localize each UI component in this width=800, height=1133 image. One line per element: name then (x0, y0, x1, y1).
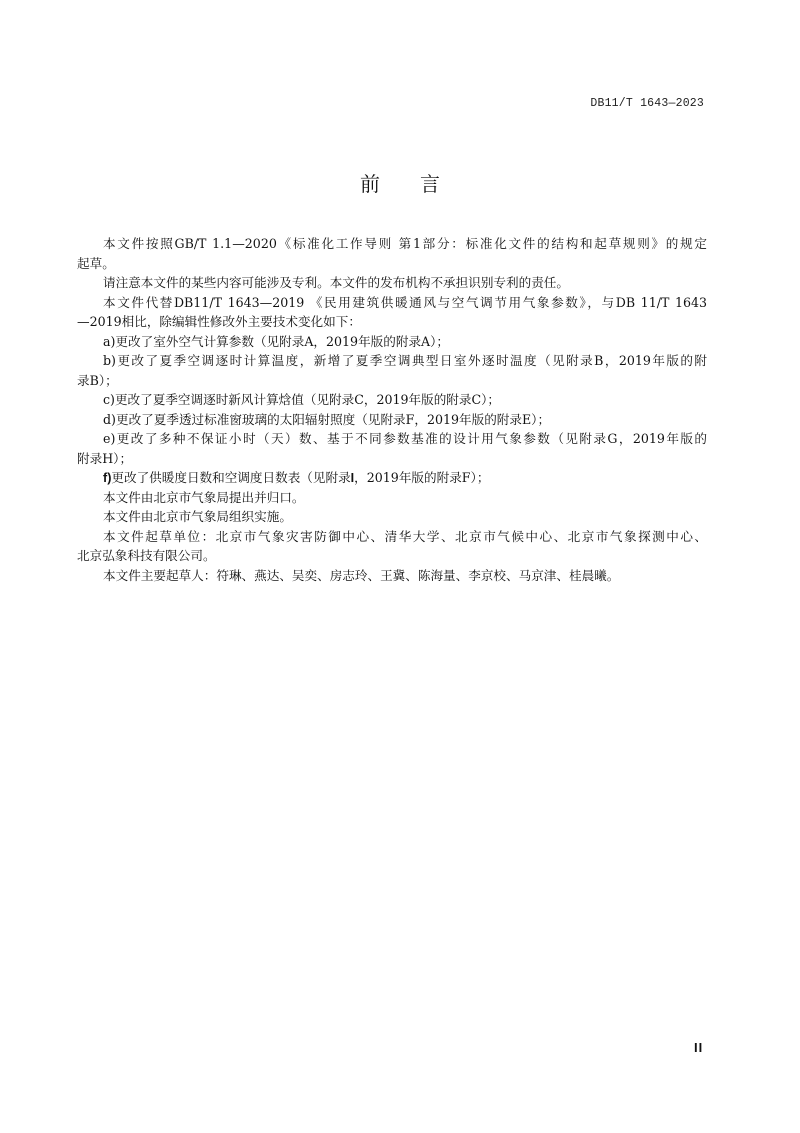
change-item-f-text-end: ，2019年版的附录F）； (354, 470, 489, 485)
paragraph-patent-notice: 请注意本文件的某些内容可能涉及专利。本文件的发布机构不承担识别专利的责任。 (77, 273, 707, 293)
change-item-a: a)更改了室外空气计算参数（见附录A，2019年版的附录A）； (77, 332, 707, 352)
title-char-2: 言 (420, 168, 440, 197)
paragraph-drafters: 本文件主要起草人：符琳、燕达、吴奕、房志玲、王冀、陈海量、李京校、马京津、桂晨曦… (77, 566, 707, 586)
standard-code-header: DB11/T 1643—2023 (590, 97, 704, 110)
paragraph-proposed-by: 本文件由北京市气象局提出并归口。 (77, 488, 707, 508)
paragraph-replaces-line-2: —2019相比，除编辑性修改外主要技术变化如下： (77, 312, 707, 332)
paragraph-replaces-line-1: 本文件代替DB11/T 1643—2019 《民用建筑供暖通风与空气调节用气象参… (77, 293, 707, 313)
change-item-b-line-2: 录B）； (77, 371, 707, 391)
change-item-f: f)更改了供暖度日数和空调度日数表（见附录I，2019年版的附录F）； (77, 468, 707, 488)
change-item-e-line-2: 附录H）； (77, 449, 707, 469)
paragraph-basis-line-1: 本文件按照GB/T 1.1—2020《标准化工作导则 第1部分：标准化文件的结构… (77, 234, 707, 254)
change-item-b-line-1: b)更改了夏季空调逐时计算温度，新增了夏季空调典型日室外逐时温度（见附录B，20… (77, 351, 707, 371)
foreword-body: 本文件按照GB/T 1.1—2020《标准化工作导则 第1部分：标准化文件的结构… (77, 234, 707, 585)
paragraph-drafting-units-line-1: 本文件起草单位：北京市气象灾害防御中心、清华大学、北京市气候中心、北京市气象探测… (77, 527, 707, 547)
change-item-d: d)更改了夏季透过标准窗玻璃的太阳辐射照度（见附录F，2019年版的附录E）； (77, 410, 707, 430)
page-title: 前言 (0, 168, 800, 197)
page-number: II (694, 1040, 703, 1055)
paragraph-drafting-units-line-2: 北京弘象科技有限公司。 (77, 546, 707, 566)
change-item-e-line-1: e)更改了多种不保证小时（天）数、基于不同参数基准的设计用气象参数（见附录G，2… (77, 429, 707, 449)
paragraph-basis-line-2: 起草。 (77, 254, 707, 274)
title-char-1: 前 (360, 168, 380, 197)
change-item-c: c)更改了夏季空调逐时新风计算焓值（见附录C，2019年版的附录C）； (77, 390, 707, 410)
paragraph-implemented-by: 本文件由北京市气象局组织实施。 (77, 507, 707, 527)
change-item-f-text: 更改了供暖度日数和空调度日数表（见附录 (111, 470, 350, 485)
